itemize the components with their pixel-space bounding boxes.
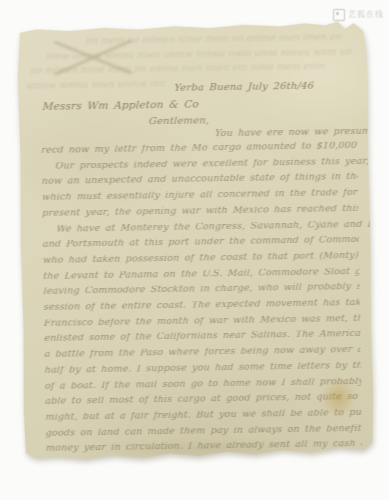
letter-opening-line: You have ere now we presume: [215, 127, 377, 139]
handwriting-line: which must essentially injure all concer…: [42, 189, 358, 203]
handwriting-line: session of the entire coast. The expecte…: [43, 298, 359, 312]
bleed-through-line: umnw wmnu mwn unmw mnwu nwm: [26, 79, 167, 91]
letter-salutation: Gentlemen,: [149, 117, 210, 128]
paper-sheet: im mem ne mimen nime mem im enime men im…: [16, 20, 375, 462]
letter-dateline: Yerba Buena July 26th/46: [174, 82, 314, 94]
handwriting-line: Francisco before the month of war with M…: [44, 314, 360, 328]
paper-shading: [52, 435, 352, 464]
handwriting-line: enlisted some of the Californians near S…: [44, 330, 360, 344]
handwriting-line: recd now my lettr from the Mo cargo amou…: [41, 141, 357, 155]
handwriting-line: the Levant to Panama on the U.S. Mail, C…: [43, 267, 359, 281]
handwriting-line: leaving Commodore Stockton in charge, wh…: [43, 283, 359, 297]
paper-stain: [313, 370, 364, 425]
letter-paper: im mem ne mimen nime mem im enime men im…: [16, 20, 375, 462]
handwriting-line: present year, the opening war with Mexic…: [42, 204, 358, 218]
handwriting-line: and Portsmouth at this port under the co…: [42, 236, 358, 250]
watermark-logo-icon: [333, 9, 345, 21]
bleed-through-lines: im mem ne mimen nime mem im enime men im…: [16, 20, 368, 26]
watermark-text: 艺狐在线: [348, 11, 384, 19]
bleed-through-line: im mem ne mimen nime mem im enime men im…: [86, 33, 342, 47]
letter-addressee: Messrs Wm Appleton & Co: [42, 100, 199, 113]
handwriting-line: Our prospects indeed were excellent for …: [55, 157, 371, 171]
handwriting-line: a battle from the Paso where forces bein…: [44, 346, 360, 360]
handwriting-line: We have at Monterey the Congress, Savann…: [56, 220, 372, 234]
handwriting-line: now an unexpected and unaccountable stat…: [41, 173, 357, 187]
photo-background: 艺狐在线 im mem ne mimen nime mem im enime m…: [0, 0, 389, 500]
letter-body: recd now my lettr from the Mo cargo amou…: [16, 20, 368, 26]
handwriting-line: who had taken possession of the coast to…: [43, 251, 359, 265]
